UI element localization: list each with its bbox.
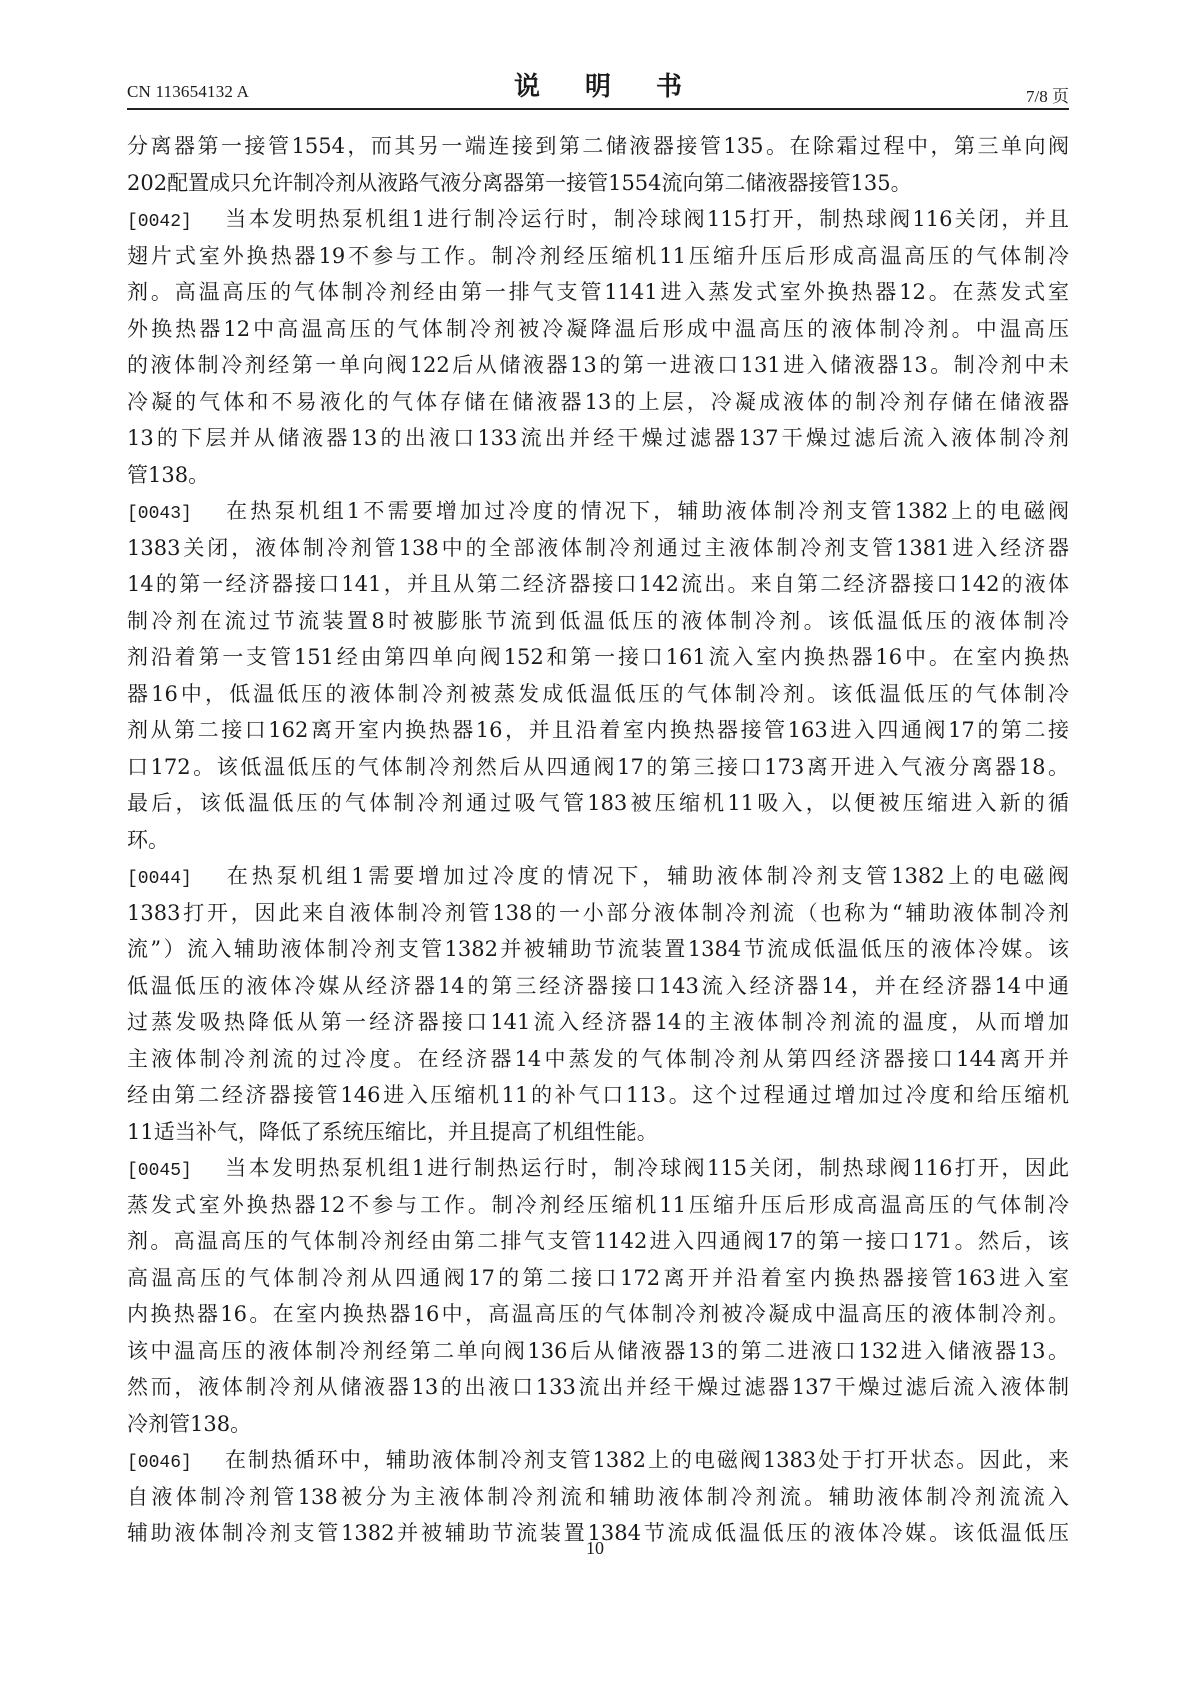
text-line: 环。: [127, 822, 1069, 859]
page-header: CN 113654132 A 说 明 书 7/8 页: [127, 66, 1069, 106]
text-line: 低温低压的液体冷媒从经济器14的第三经济器接口143流入经济器14，并在经济器1…: [127, 968, 1069, 1005]
text-line: 蒸发式室外换热器12不参与工作。制冷剂经压缩机11压缩升压后形成高温高压的气体制…: [127, 1187, 1069, 1224]
text-line: 当本发明热泵机组1进行制热运行时，制冷球阀115关闭，制热球阀116打开，因此: [223, 1156, 1069, 1180]
text-line: 冷凝的气体和不易液化的气体存储在储液器13的上层，冷凝成液体的制冷剂存储在储液器: [127, 384, 1069, 421]
text-line: 剂从第二接口162离开室内换热器16，并且沿着室内换热器接管163进入四通阀17…: [127, 712, 1069, 749]
text-line: 外换热器12中高温高压的气体制冷剂被冷凝降温后形成中温高压的液体制冷剂。中温高压: [127, 311, 1069, 348]
text-line: 剂。高温高压的气体制冷剂经由第一排气支管1141进入蒸发式室外换热器12。在蒸发…: [127, 274, 1069, 311]
continuation-text: 分离器第一接管1554，而其另一端连接到第二储液器接管135。在除霜过程中，第三…: [127, 128, 1069, 201]
text-line: 最后，该低温低压的气体制冷剂通过吸气管183被压缩机11吸入，以便被压缩进入新的…: [127, 785, 1069, 822]
paragraph-number: [0044]: [127, 861, 223, 895]
text-line: 流”）流入辅助液体制冷剂支管1382并被辅助节流装置1384节流成低温低压的液体…: [127, 931, 1069, 968]
paragraph-0044: [0044]在热泵机组1需要增加过冷度的情况下，辅助液体制冷剂支管1382上的电…: [127, 858, 1069, 1150]
text-line: 翅片式室外换热器19不参与工作。制冷剂经压缩机11压缩升压后形成高温高压的气体制…: [127, 238, 1069, 275]
paragraph-number: [0042]: [127, 204, 223, 238]
text-line: 剂沿着第一支管151经由第四单向阀152和第一接口161流入室内换热器16中。在…: [127, 639, 1069, 676]
paragraph-number: [0043]: [127, 496, 223, 530]
text-line: 13的下层并从储液器13的出液口133流出并经干燥过滤器137干燥过滤后流入液体…: [127, 420, 1069, 457]
page-number: 10: [0, 1538, 1190, 1559]
text-line: 分离器第一接管1554，而其另一端连接到第二储液器接管135。在除霜过程中，第三…: [127, 128, 1069, 165]
text-line: 然而，液体制冷剂从储液器13的出液口133流出并经干燥过滤器137干燥过滤后流入…: [127, 1369, 1069, 1406]
text-line: 在热泵机组1需要增加过冷度的情况下，辅助液体制冷剂支管1382上的电磁阀: [223, 864, 1069, 888]
document-title: 说 明 书: [127, 66, 1069, 103]
text-line: 1383关闭，液体制冷剂管138中的全部液体制冷剂通过主液体制冷剂支管1381进…: [127, 530, 1069, 567]
header-rule: [127, 108, 1069, 110]
page-indicator: 7/8 页: [1026, 82, 1069, 107]
text-line: 11适当补气，降低了系统压缩比，并且提高了机组性能。: [127, 1114, 1069, 1151]
text-line: 管138。: [127, 457, 1069, 494]
text-line: 的液体制冷剂经第一单向阀122后从储液器13的第一进液口131进入储液器13。制…: [127, 347, 1069, 384]
text-line: 冷剂管138。: [127, 1406, 1069, 1443]
text-line: 当本发明热泵机组1进行制冷运行时，制冷球阀115打开，制热球阀116关闭，并且: [223, 207, 1069, 231]
document-body: 分离器第一接管1554，而其另一端连接到第二储液器接管135。在除霜过程中，第三…: [127, 128, 1069, 1552]
paragraph-0046: [0046]在制热循环中，辅助液体制冷剂支管1382上的电磁阀1383处于打开状…: [127, 1442, 1069, 1552]
text-line: 1383打开，因此来自液体制冷剂管138的一小部分液体制冷剂流（也称为“辅助液体…: [127, 895, 1069, 932]
text-line: 制冷剂在流过节流装置8时被膨胀节流到低温低压的液体制冷剂。该低温低压的液体制冷: [127, 603, 1069, 640]
paragraph-0043: [0043]在热泵机组1不需要增加过冷度的情况下，辅助液体制冷剂支管1382上的…: [127, 493, 1069, 858]
text-line: 经由第二经济器接管146进入压缩机11的补气口113。这个过程通过增加过冷度和给…: [127, 1077, 1069, 1114]
text-line: 过蒸发吸热降低从第一经济器接口141流入经济器14的主液体制冷剂流的温度，从而增…: [127, 1004, 1069, 1041]
text-line: 202配置成只允许制冷剂从液路气液分离器第一接管1554流向第二储液器接管135…: [127, 165, 1069, 202]
text-line: 剂。高温高压的气体制冷剂经由第二排气支管1142进入四通阀17的第一接口171。…: [127, 1223, 1069, 1260]
text-line: 该中温高压的液体制冷剂经第二单向阀136后从储液器13的第二进液口132进入储液…: [127, 1333, 1069, 1370]
text-line: 主液体制冷剂流的过冷度。在经济器14中蒸发的气体制冷剂从第四经济器接口144离开…: [127, 1041, 1069, 1078]
text-line: 内换热器16。在室内换热器16中，高温高压的气体制冷剂被冷凝成中温高压的液体制冷…: [127, 1296, 1069, 1333]
paragraph-number: [0046]: [127, 1445, 223, 1479]
text-line: 14的第一经济器接口141，并且从第二经济器接口142流出。来自第二经济器接口1…: [127, 566, 1069, 603]
paragraph-0045: [0045]当本发明热泵机组1进行制热运行时，制冷球阀115关闭，制热球阀116…: [127, 1150, 1069, 1442]
text-line: 器16中，低温低压的液体制冷剂被蒸发成低温低压的气体制冷剂。该低温低压的气体制冷: [127, 676, 1069, 713]
paragraph-number: [0045]: [127, 1153, 223, 1187]
text-line: 在热泵机组1不需要增加过冷度的情况下，辅助液体制冷剂支管1382上的电磁阀: [223, 499, 1069, 523]
text-line: 在制热循环中，辅助液体制冷剂支管1382上的电磁阀1383处于打开状态。因此，来: [223, 1448, 1069, 1472]
text-line: 自液体制冷剂管138被分为主液体制冷剂流和辅助液体制冷剂流。辅助液体制冷剂流流入: [127, 1479, 1069, 1516]
text-line: 高温高压的气体制冷剂从四通阀17的第二接口172离开并沿着室内换热器接管163进…: [127, 1260, 1069, 1297]
text-line: 口172。该低温低压的气体制冷剂然后从四通阀17的第三接口173离开进入气液分离…: [127, 749, 1069, 786]
paragraph-0042: [0042]当本发明热泵机组1进行制冷运行时，制冷球阀115打开，制热球阀116…: [127, 201, 1069, 493]
